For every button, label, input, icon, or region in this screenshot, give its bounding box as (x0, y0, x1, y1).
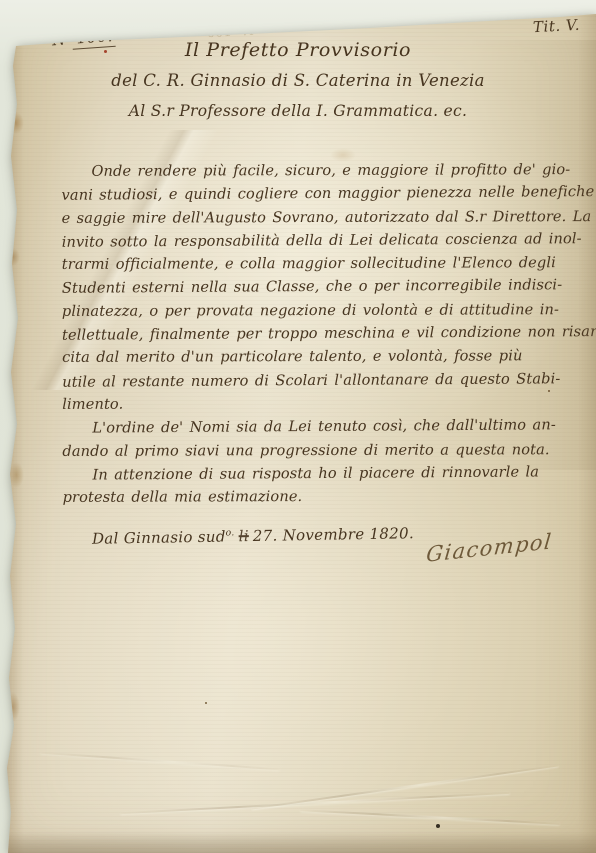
body-line: vani studiosi, e quindi cogliere con mag… (61, 181, 567, 208)
body-line: utile al restante numero di Scolari l'al… (62, 367, 568, 394)
body-line: dando al primo siavi una progressione di… (62, 438, 568, 463)
filing-mark-annotation: Tit. V. (533, 16, 581, 36)
body-line: limento. (62, 391, 568, 416)
body-line: Onde rendere più facile, sicuro, e maggi… (61, 158, 567, 183)
strikethrough-mark: li (238, 527, 249, 545)
stain (8, 112, 24, 134)
body-line: L'ordine de' Nomi sia da Lei tenuto così… (62, 413, 568, 440)
stain (6, 692, 20, 722)
paper-crease (40, 752, 280, 771)
reference-number-superscript: o (65, 30, 72, 41)
paper-crease (251, 764, 558, 809)
ink-speck (436, 824, 440, 828)
signature: Giacompol (425, 529, 554, 567)
letter-body: Onde rendere più facile, sicuro, e maggi… (61, 158, 568, 509)
dateline: Dal Ginnasio sudo.li27. Novembre 1820. (92, 524, 414, 548)
body-line: e saggie mire dell'Augusto Sovrano, auto… (62, 205, 568, 230)
paper-sheet: N° 100 No100. Tit. V. Il Prefetto Provvi… (0, 0, 596, 853)
scan-background: N° 100 No100. Tit. V. Il Prefetto Provvi… (0, 0, 596, 853)
heading-line-institution: del C. R. Ginnasio di S. Caterina in Ven… (48, 71, 548, 90)
body-line: In attenzione di sua risposta ho il piac… (62, 460, 568, 487)
body-line: protesta della mia estimazione. (63, 484, 569, 509)
body-line: Studenti esterni nella sua Classe, che o… (62, 274, 568, 301)
stain (9, 462, 24, 488)
heading-line-addressee: Al S.r Professore della I. Grammatica. e… (48, 102, 548, 120)
body-line: plinatezza, o per provata negazione di v… (62, 298, 568, 323)
ink-speck (205, 702, 207, 704)
body-line: invito sotto la responsabilità della di … (62, 227, 568, 254)
heading-line-sender-title: Il Prefetto Provvisorio (48, 39, 548, 61)
paper-crease (300, 809, 560, 825)
letter-heading: Il Prefetto Provvisorio del C. R. Ginnas… (48, 39, 548, 120)
body-line: tellettuale, finalmente per troppo mesch… (62, 320, 568, 347)
dateline-date: 27. Novembre 1820. (253, 524, 414, 545)
stain (6, 248, 20, 266)
body-line: trarmi officialmente, e colla maggior so… (62, 251, 568, 276)
paper-wrap: N° 100 No100. Tit. V. Il Prefetto Provvi… (0, 0, 596, 853)
dateline-place: Dal Ginnasio sud (92, 527, 226, 547)
dateline-superscript: o. (225, 527, 234, 538)
body-line: cita dal merito d'un particolare talento… (62, 344, 568, 369)
